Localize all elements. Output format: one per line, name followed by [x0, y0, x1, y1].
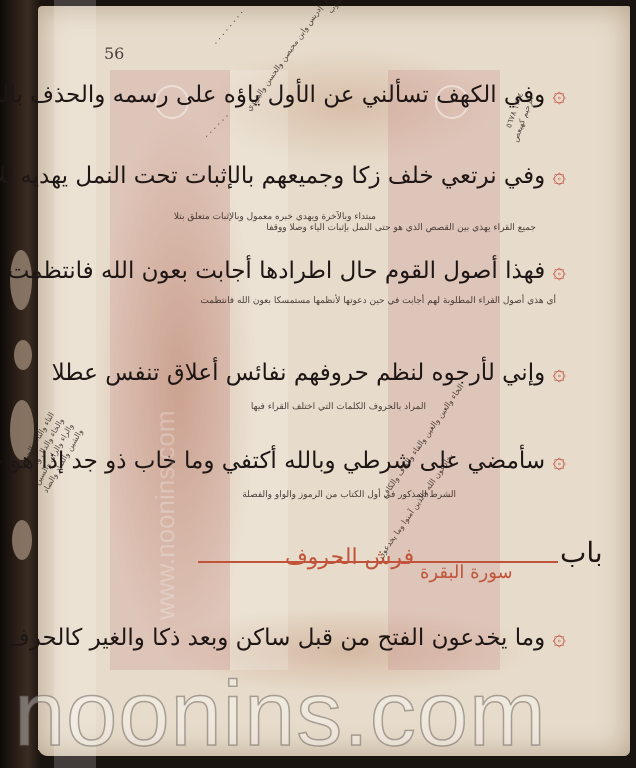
watermark-text: noonins.com — [14, 662, 547, 767]
rubric-mark-icon: ۞ — [553, 163, 566, 189]
watermark-vertical-text: www.noonins.com — [150, 410, 181, 620]
marginal-gloss-interlinear: جميع القراء يهذي بين القصص الذي هو حتى ا… — [266, 223, 536, 233]
rubric-mark-icon: ۞ — [553, 625, 566, 651]
rubric-mark-icon: ۞ — [553, 360, 566, 386]
verse-line-1: ۞ وفي الكهف تسألني عن الأول ياؤه على رسم… — [0, 82, 566, 108]
marginal-gloss-interlinear: أي هذي أصول القراء المطلوبة لهم أجابت في… — [200, 296, 556, 306]
rubric-mark-icon: ۞ — [553, 258, 566, 284]
verse-line-3: ۞ فهذا أصول القوم حال اطرادها أجابت بعون… — [0, 258, 566, 284]
verse-line-4: ۞ وإني لأرجوه لنظم حروفهم نفائس أعلاق تن… — [52, 360, 566, 386]
chapter-heading-bab: باب — [560, 536, 603, 569]
spine-wear-spot — [12, 520, 32, 560]
page-number: 56 — [104, 44, 124, 63]
rubric-mark-icon: ۞ — [553, 448, 566, 474]
verse-line-2: ۞ وفي نرتعي خلف زكا وجميعهم بالإثبات تحت… — [0, 163, 566, 189]
spine-wear-spot — [14, 340, 32, 370]
marginal-gloss-interlinear: المراد بالحروف الكلمات التي اختلف القراء… — [251, 402, 426, 412]
marginal-gloss-interlinear: مبتداء وبالآخرة ويهدي خبره معمول وبالإثب… — [174, 212, 376, 222]
verse-line-7: ۞ وما يخدعون الفتح من قبل ساكن وبعد ذكا … — [0, 625, 566, 651]
rubric-mark-icon: ۞ — [553, 82, 566, 108]
book-spine — [0, 0, 40, 768]
chapter-heading-surah: سورة البقرة — [420, 562, 513, 583]
